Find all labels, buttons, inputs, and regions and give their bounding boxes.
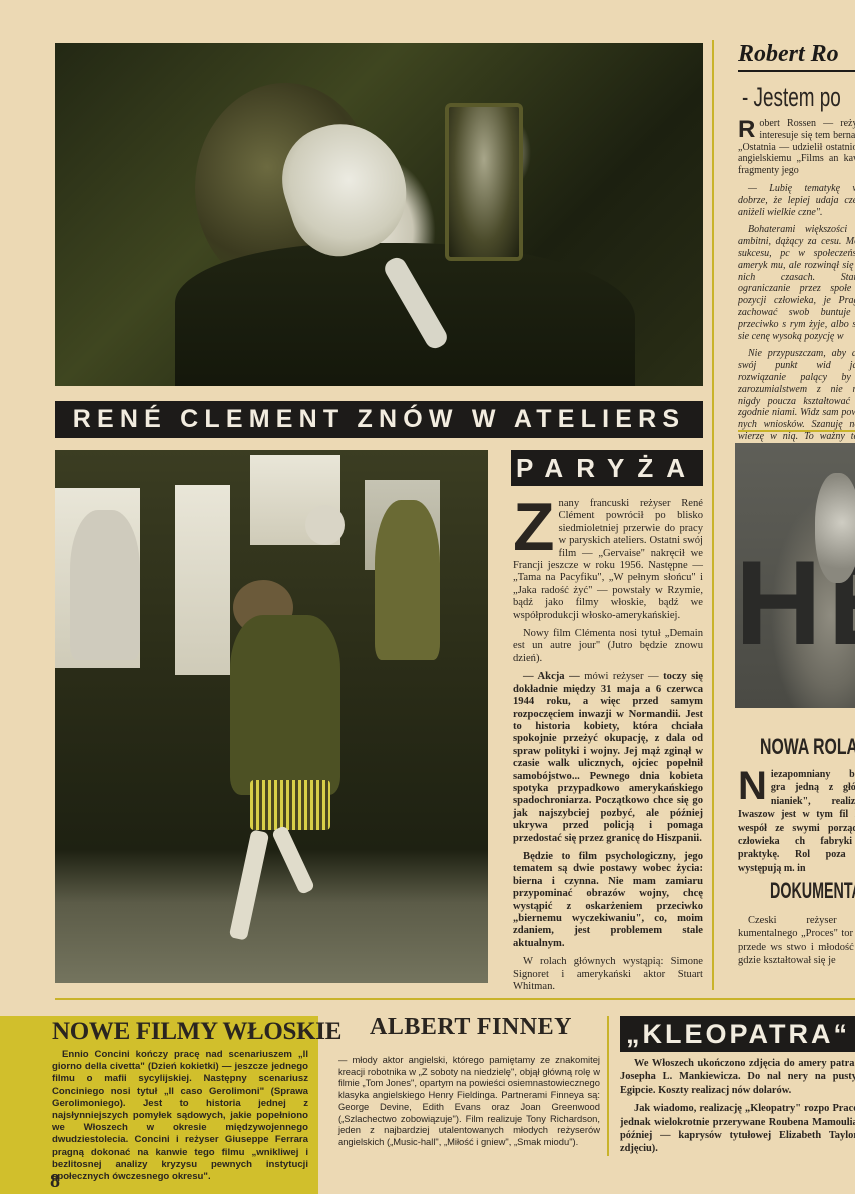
- article-heading-robert: Robert Ro: [738, 41, 839, 68]
- photo-metro: [55, 450, 488, 983]
- photo-woman-skirt: [250, 780, 330, 830]
- photo-woman-leg: [229, 829, 269, 940]
- photo-person-face: [305, 505, 345, 545]
- dropcap: N: [738, 770, 767, 802]
- page-number: 8: [50, 1170, 60, 1193]
- article-albert-finney-text: — młody aktor angielski, którego pamięta…: [338, 1054, 600, 1154]
- main-article-banner-paryza: PARYŻA: [511, 450, 703, 486]
- article-dokumentalny-text: Czeski reżyser Zden kumentalnego „Proces…: [738, 914, 855, 968]
- photo-person-newspaper: [70, 510, 140, 660]
- main-article-banner: RENÉ CLEMENT ZNÓW W ATELIERS: [55, 401, 703, 438]
- article-robert-rossen-text: Robert Rossen — reży ry interesuje się t…: [738, 118, 855, 461]
- photo-woman-coat: [230, 615, 340, 795]
- heading-underline: [738, 70, 855, 72]
- photo-window: [175, 485, 230, 675]
- main-article-text: Znany francuski reżyser René Clément pow…: [513, 498, 703, 999]
- article-heading-dokumentalny: DOKUMENTAL: [770, 878, 855, 904]
- article-nowe-filmy-text: Ennio Concini kończy pracę nad scenarius…: [52, 1049, 308, 1189]
- dropcap: R: [738, 120, 755, 139]
- vertical-rule: [712, 40, 714, 990]
- photo-window-face: [445, 103, 523, 261]
- article-heading-nowa-rola: NOWA ROLA: [760, 734, 855, 760]
- kleopatra-banner: „KLEOPATRA“: [620, 1016, 855, 1052]
- photo-person-plaid: [375, 500, 440, 660]
- article-nowa-rola-text: Niezapomniany bohate gra jedną z głównyc…: [738, 768, 855, 875]
- article-heading-albert-finney: ALBERT FINNEY: [370, 1014, 572, 1041]
- photo-right-actor: HE: [735, 443, 855, 708]
- article-heading-nowe-filmy: NOWE FILMY WŁOSKIE: [52, 1018, 341, 1046]
- photo-actor-head: [815, 473, 855, 583]
- article-subheading-jestem: - Jestem po: [742, 82, 841, 113]
- vertical-rule-bottom: [607, 1016, 609, 1156]
- photo-woman-leg: [271, 825, 315, 895]
- article-kleopatra-text: We Włoszech ukończono zdjęcia do amery p…: [620, 1057, 855, 1161]
- horizontal-rule-main: [55, 998, 855, 1000]
- dropcap: Z: [513, 500, 555, 554]
- photo-top: [55, 43, 703, 386]
